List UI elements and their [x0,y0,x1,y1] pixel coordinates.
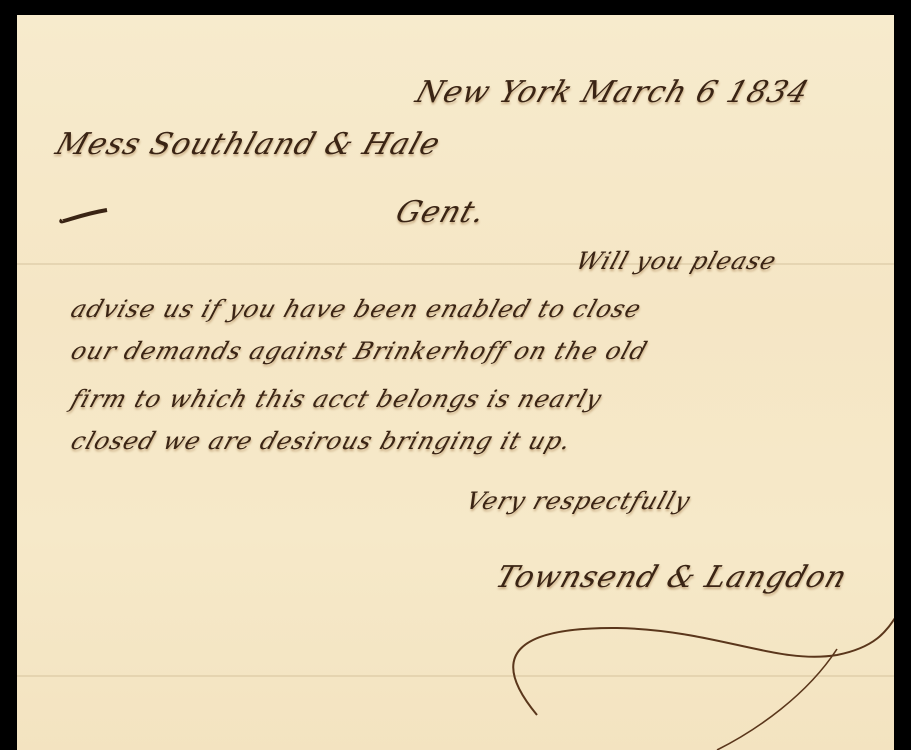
signature-flourish-icon [17,15,894,750]
letter-paper: New York March 6 1834 Mess Southland & H… [17,15,894,750]
